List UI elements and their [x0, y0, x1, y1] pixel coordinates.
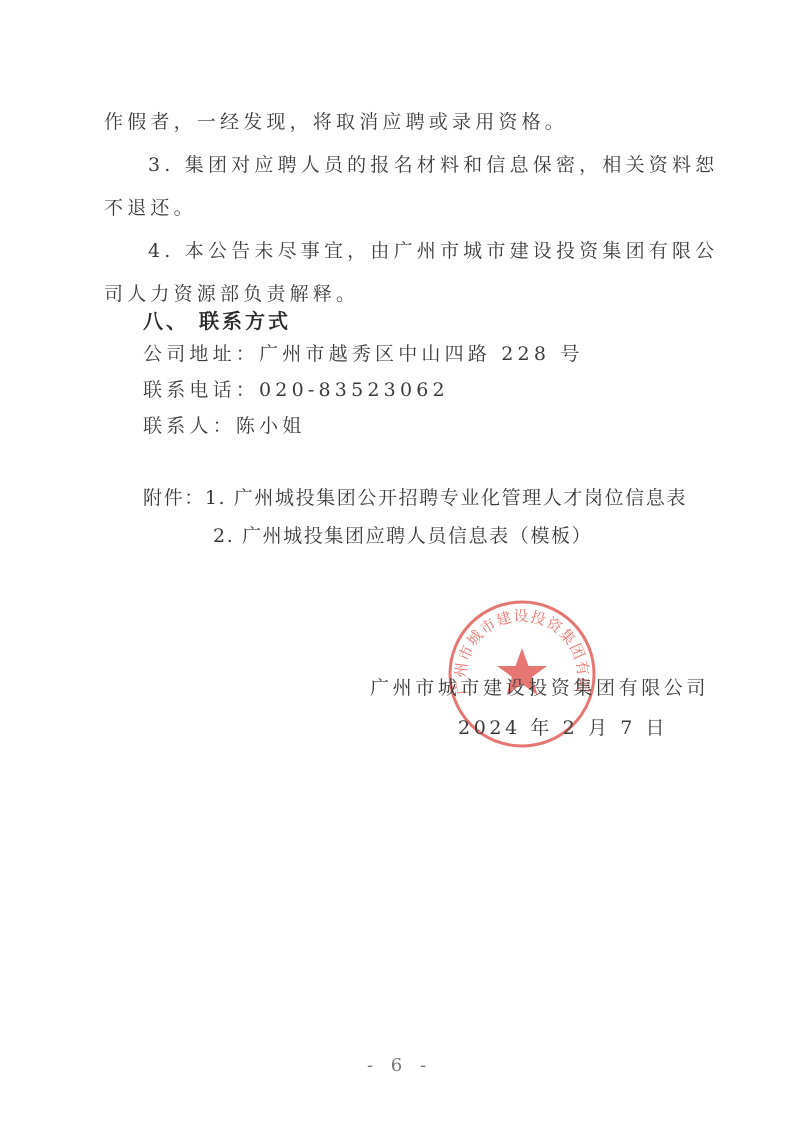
attachment-item: 2. 广州城投集团应聘人员信息表（模板） [213, 525, 592, 547]
contact-address: 公司地址：广州市越秀区中山四路 228 号 [143, 342, 584, 366]
phone-label: 联系电话： [143, 379, 259, 401]
section-heading: 八、 联系方式 [143, 309, 291, 333]
person-value: 陈小姐 [236, 415, 306, 437]
paragraph-line: 作假者，一经发现，将取消应聘或录用资格。 [104, 110, 568, 134]
address-label: 公司地址： [143, 343, 259, 365]
contact-person: 联系人：陈小姐 [143, 414, 305, 438]
attachment-item: 1. 广州城投集团公开招聘专业化管理人才岗位信息表 [205, 487, 687, 509]
phone-value: 020-83523062 [259, 379, 449, 401]
paragraph-line: 3. 集团对应聘人员的报名材料和信息保密，相关资料恕 [148, 153, 718, 177]
person-label: 联系人： [143, 415, 236, 437]
paragraph-line: 不退还。 [104, 196, 197, 220]
attachment-line-1: 附件：1. 广州城投集团公开招聘专业化管理人才岗位信息表 [143, 486, 687, 510]
signature-organization: 广州市城市建设投资集团有限公司 [370, 676, 709, 700]
signature-date: 2024 年 2 月 7 日 [458, 716, 668, 740]
attachment-line-2: 2. 广州城投集团应聘人员信息表（模板） [213, 524, 592, 548]
paragraph-line: 4. 本公告未尽事宜，由广州市城市建设投资集团有限公 [148, 239, 718, 263]
paragraph-line: 司人力资源部负责解释。 [104, 282, 359, 306]
attachment-label: 附件： [143, 487, 205, 509]
address-value: 广州市越秀区中山四路 228 号 [259, 343, 584, 365]
contact-phone: 联系电话：020-83523062 [143, 378, 449, 402]
page-number: - 6 - [367, 1055, 432, 1076]
